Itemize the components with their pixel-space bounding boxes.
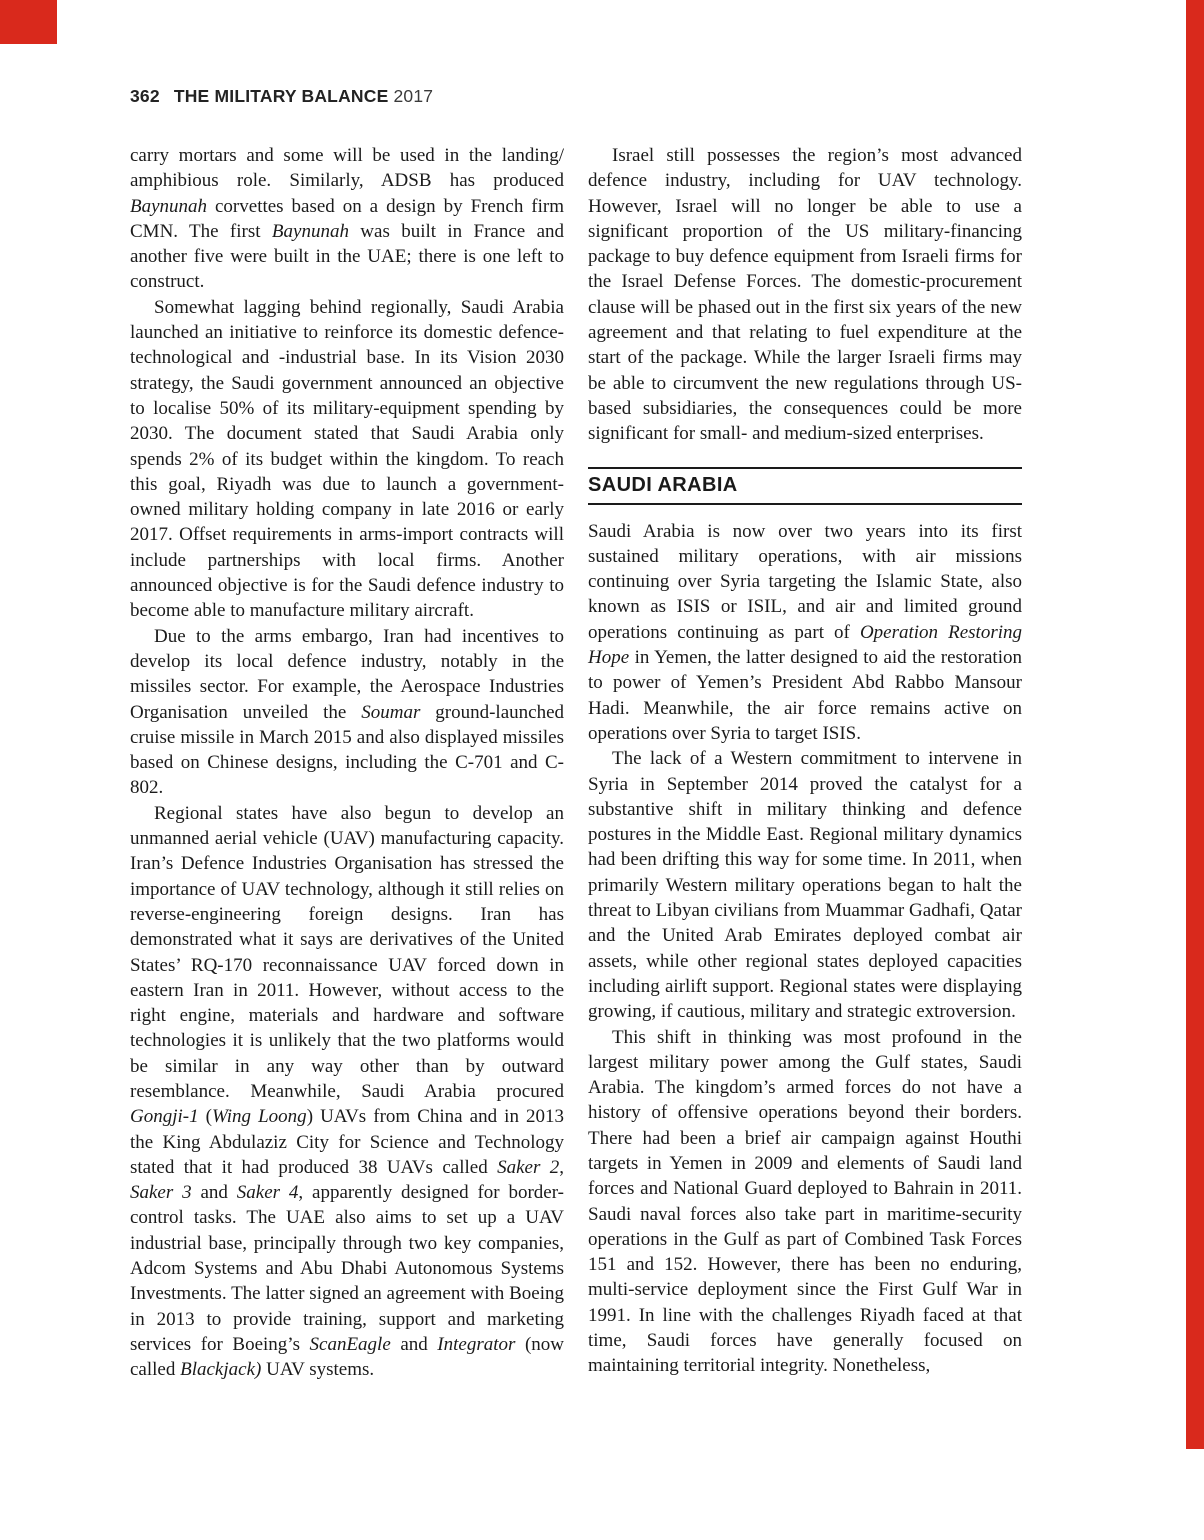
publication-title: THE MILITARY BALANCE [174,86,389,106]
text-columns: carry mortars and some will be used in t… [130,143,1022,1383]
paragraph: Due to the arms embargo, Iran had incent… [130,624,564,801]
paragraph: Somewhat lagging behind regionally, Saud… [130,295,564,624]
paragraph: Saudi Arabia is now over two years into … [588,519,1022,747]
section-heading-saudi-arabia: SAUDI ARABIA [588,467,1022,505]
red-page-edge-tab [1186,0,1204,1449]
column-left: carry mortars and some will be used in t… [130,143,564,1383]
paragraph: Regional states have also begun to devel… [130,801,564,1383]
page: 362THE MILITARY BALANCE2017 carry mortar… [130,0,1022,1383]
paragraph: Israel still possesses the region’s most… [588,143,1022,447]
paragraph: carry mortars and some will be used in t… [130,143,564,295]
paragraph: This shift in thinking was most profound… [588,1025,1022,1379]
paragraph: The lack of a Western commitment to inte… [588,746,1022,1024]
page-number: 362 [130,86,160,106]
red-corner-tab [0,0,57,44]
running-header: 362THE MILITARY BALANCE2017 [130,86,1022,107]
column-right: Israel still possesses the region’s most… [588,143,1022,1383]
publication-year: 2017 [393,86,433,106]
